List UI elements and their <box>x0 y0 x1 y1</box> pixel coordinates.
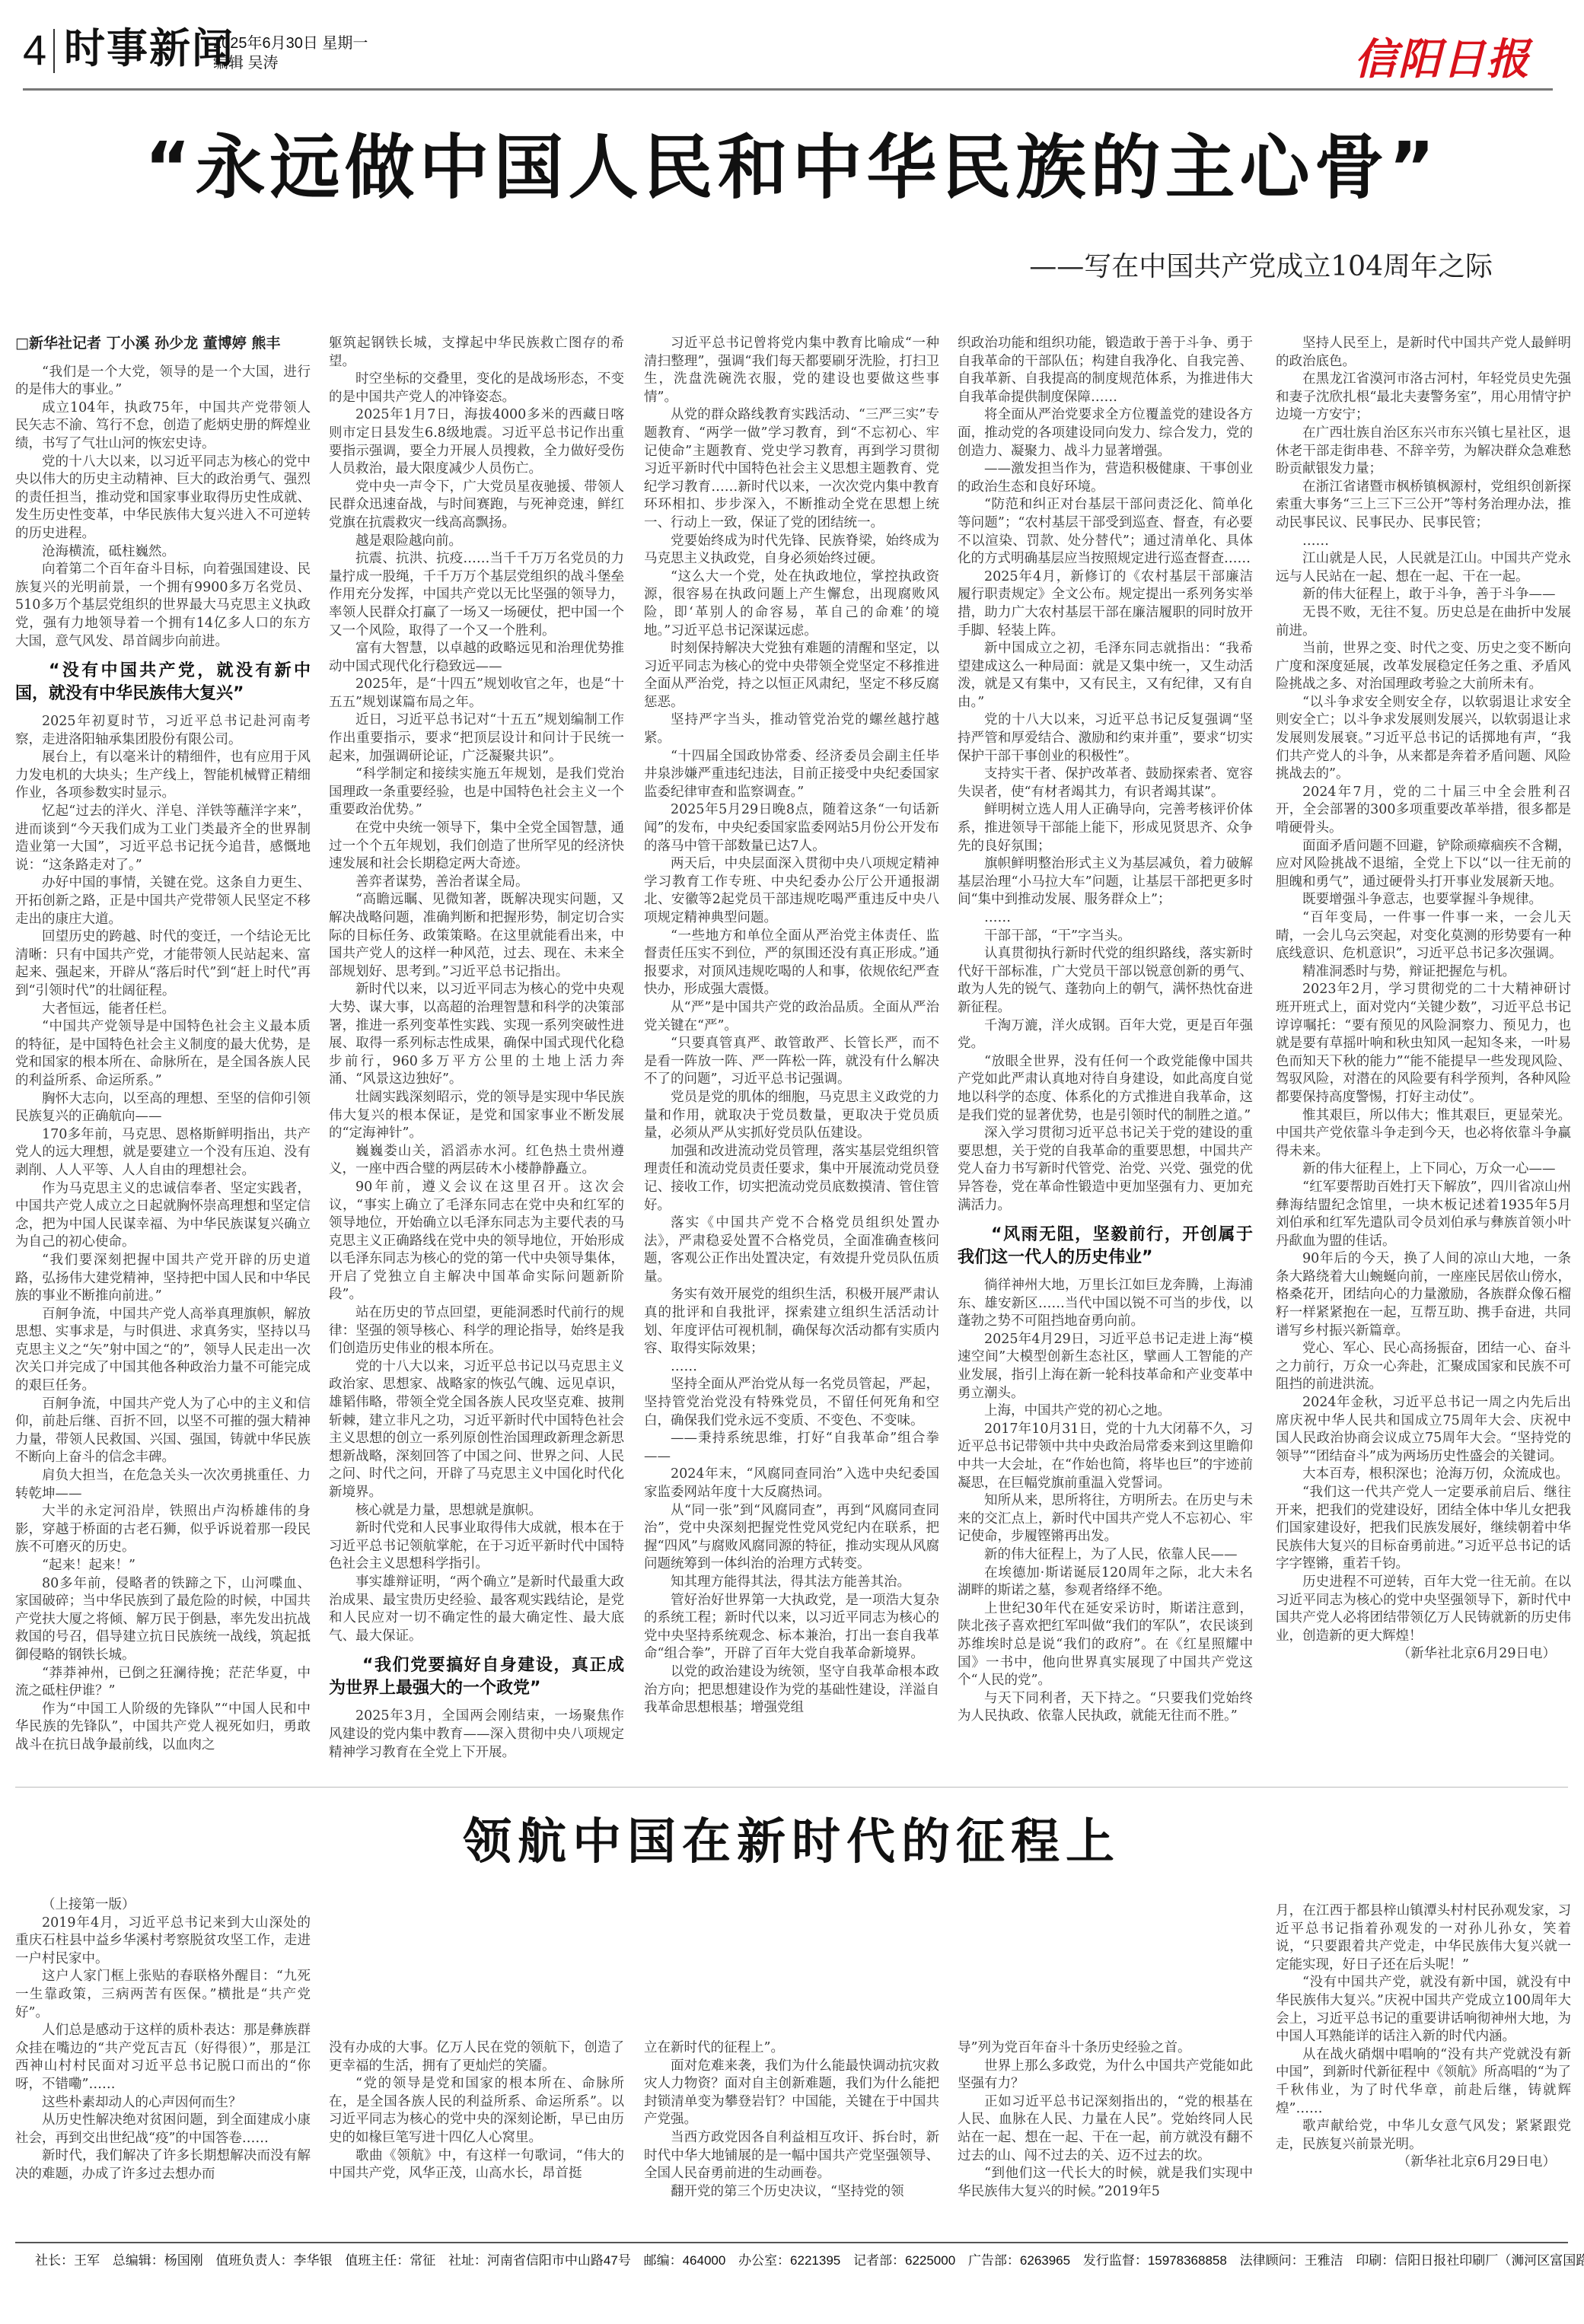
paragraph: 越是艰险越向前。 <box>329 533 624 551</box>
paragraph: 大者恒远，能者任栏。 <box>15 1001 311 1019</box>
paragraph: 坚持人民至上，是新时代中国共产党人最鲜明的政治底色。 <box>1276 335 1571 371</box>
paragraph: “放眼全世界，没有任何一个政党能像中国共产党如此严肃认真地对待自身建设，如此高度… <box>958 1053 1253 1125</box>
paragraph: 核心就是力量，思想就是旗帜。 <box>329 1502 624 1520</box>
editor-credit: 编辑 吴涛 <box>213 53 368 73</box>
paragraph: 导”列为党百年奋斗十条历史经验之首。 <box>958 2039 1253 2058</box>
paragraph: “高瞻远瞩、见微知著，既解决现实问题，又解决战略问题，准确判断和把握形势，制定切… <box>329 891 624 981</box>
paragraph: 百舸争流，中国共产党人高举真理旗帜，解放思想、实事求是，与时俱进、求真务实，坚持… <box>15 1306 311 1396</box>
paragraph: 170多年前，马克思、恩格斯鲜明指出，共产党人的远大理想，就是要建立一个没有压迫… <box>15 1126 311 1180</box>
paragraph: 认真贯彻执行新时代党的组织路线，落实新时代好干部标准，广大党员干部以锐意创新的勇… <box>958 945 1253 1017</box>
paragraph: 以党的政治建设为统领，坚守自我革命根本政治方向；把思想建设作为党的基础性建设，洋… <box>644 1663 939 1718</box>
paragraph: 百舸争流，中国共产党人为了心中的主义和信仰，前赴后继、百折不回，以坚不可摧的强大… <box>15 1396 311 1467</box>
paragraph: 月，在江西于都县梓山镇潭头村村民孙观发家，习近平总书记指着孙观发的一对孙儿孙女，… <box>1276 1902 1571 1974</box>
paragraph: …… <box>958 909 1253 928</box>
paragraph: 习近平总书记曾将党内集中教育比喻成“一种清扫整理”，强调“我们每天都要刷牙洗脸，… <box>644 335 939 406</box>
imprint-newsroom-phone: 记者部：6225000 <box>853 2253 955 2268</box>
paragraph: “红军要帮助百姓打天下解放”，四川省凉山州彝海结盟纪念馆里，一块木板记述着193… <box>1276 1179 1571 1250</box>
paragraph: 历史进程不可逆转，百年大党一往无前。在以习近平同志为核心的党中央坚强领导下，新时… <box>1276 1574 1571 1645</box>
paragraph: “以斗争求安全则安全存，以软弱退让求安全则安全亡；以斗争求发展则发展兴，以软弱退… <box>1276 694 1571 784</box>
paragraph: 旗帜鲜明整治形式主义为基层减负，着力破解基层治理“小马拉大车”问题，让基层干部把… <box>958 855 1253 909</box>
paragraph: “党的领导是党和国家的根本所在、命脉所在，是全国各族人民的利益所系、命运所系”。… <box>329 2075 624 2147</box>
paragraph: 在黑龙江省漠河市洛古河村，年轻党员史先强和妻子沈欣扎根“最北夫妻警务室”，用心用… <box>1276 371 1571 425</box>
paragraph: 从党的群众路线教育实践活动、“三严三实”专题教育、“两学一做”学习教育，到“不忘… <box>644 406 939 532</box>
paragraph: 时空坐标的交叠里，变化的是战场形态，不变的是中国共产党人的冲锋姿态。 <box>329 371 624 406</box>
paragraph: 徜徉神州大地，万里长江如巨龙奔腾，上海浦东、雄安新区……当代中国以锐不可当的步伐… <box>958 1277 1253 1331</box>
paragraph: ——激发担当作为，营造积极健康、干事创业的政治生态和良好环境。 <box>958 460 1253 496</box>
paragraph: 作为“中国工人阶级的先锋队”“中国人民和中华民族的先锋队”，中国共产党人视死如归… <box>15 1701 311 1755</box>
paragraph: 党的十八大以来，习近平总书记以马克思主义政治家、思想家、战略家的恢弘气魄、远见卓… <box>329 1358 624 1502</box>
paragraph: 站在历史的节点回望，更能洞悉时代前行的规律：坚强的领导核心、科学的理论指导，始终… <box>329 1304 624 1358</box>
paragraph: 回望历史的跨越、时代的变迁，一个结论无比清晰：只有中国共产党，才能带领人民站起来… <box>15 928 311 1000</box>
imprint-duty-director: 值班主任：常征 <box>345 2253 435 2268</box>
paragraph: “我们是一个大党，领导的是一个大国，进行的是伟大的事业。” <box>15 364 311 400</box>
dateline: （新华社北京6月29日电） <box>1276 1645 1571 1663</box>
paragraph: 2023年2月，学习贯彻党的二十大精神研讨班开班式上，面对党内“关键少数”，习近… <box>1276 981 1571 1106</box>
paragraph: 坚持全面从严治党从每一名党员管起，严起，坚持管党治党没有特殊党员，不留任何死角和… <box>644 1376 939 1430</box>
paragraph: 90年前，遵义会议在这里召开。这次会议，“事实上确立了毛泽东同志在党中央和红军的… <box>329 1179 624 1304</box>
paragraph: 在广西壮族自治区东兴市东兴镇七星社区，退休老干部走街串巷、不辞辛劳，为解决群众急… <box>1276 425 1571 479</box>
paragraph: “莽莽神州，已倒之狂澜待挽；茫茫华夏，中流之砥柱伊谁？” <box>15 1665 311 1701</box>
paragraph: 歌曲《领航》中，有这样一句歌词，“伟大的中国共产党，风华正茂，山高水长，昂首挺 <box>329 2147 624 2183</box>
article-column-5: 坚持人民至上，是新时代中国共产党人最鲜明的政治底色。 在黑龙江省漠河市洛古河村，… <box>1276 335 1571 1765</box>
imprint-office-phone: 办公室：6221395 <box>738 2253 840 2268</box>
paragraph: 新的伟大征程上，敢于斗争，善于斗争—— <box>1276 586 1571 604</box>
newspaper-logo: 信阳日报 <box>1354 26 1531 87</box>
paragraph: 躯筑起钢铁长城，支撑起中华民族救亡图存的希望。 <box>329 335 624 371</box>
paragraph: 大半的永定河沿岸，铁照出卢沟桥雄伟的身影，穿越于桥面的古老石狮，似乎诉说着那一段… <box>15 1503 311 1557</box>
paragraph: 90年后的今天，换了人间的凉山大地，一条条大路绕着大山蜿蜒向前，一座座民居依山傍… <box>1276 1250 1571 1340</box>
imprint-footer: 社长：王军 总编辑：杨国刚 值班负责人：李华银 值班主任：常征 社址：河南省信阳… <box>35 2249 1565 2268</box>
paragraph: 两天后，中央层面深入贯彻中央八项规定精神学习教育工作专班、中央纪委办公厅公开通报… <box>644 855 939 927</box>
paragraph: 加强和改进流动党员管理，落实基层党组织管理责任和流动党员责任要求，集中开展流动党… <box>644 1143 939 1215</box>
paragraph: 精准洞悉时与势，辩证把握危与机。 <box>1276 963 1571 982</box>
paragraph: 肩负大担当，在危急关头一次次勇挑重任、力转乾坤—— <box>15 1467 311 1503</box>
paragraph: 歌声献给党，中华儿女意气风发；紧紧跟党走，民族复兴前景光明。 <box>1276 2118 1571 2154</box>
paragraph: 江山就是人民，人民就是江山。中国共产党永远与人民站在一起、想在一起、干在一起。 <box>1276 550 1571 586</box>
paragraph: 2025年4月，新修订的《农村基层干部廉洁履行职责规定》全文公布。规定提出一系列… <box>958 568 1253 640</box>
paragraph: 2025年1月7日，海拔4000多米的西藏日喀则市定日县发生6.8级地震。习近平… <box>329 406 624 478</box>
paragraph: 这户人家门框上张贴的春联格外醒目：“九死一生靠政策，三病两苦有医保。”横批是“共… <box>15 1968 311 2022</box>
paragraph: “起来！起来！” <box>15 1557 311 1575</box>
paragraph: 胸怀大志向，以至高的理想、至坚的信仰引领民族复兴的正确航向—— <box>15 1090 311 1126</box>
paragraph: 向着第二个百年奋斗目标，向着强国建设、民族复兴的光明前景，一个拥有9900多万名… <box>15 561 311 651</box>
paragraph: 党要始终成为时代先锋、民族脊梁，始终成为马克思主义执政党，自身必须始终过硬。 <box>644 533 939 568</box>
paragraph: 与天下同利者，天下持之。“只要我们党始终为人民执政、依靠人民执政，就能无往而不胜… <box>958 1690 1253 1726</box>
paragraph: 无畏不败，无往不复。历史总是在曲折中发展前进。 <box>1276 604 1571 640</box>
paragraph: 面面矛盾问题不回避，铲除顽瘴痼疾不含糊，应对风险挑战不退缩，全党上下以“以一往无… <box>1276 838 1571 892</box>
paragraph: “我们要深刻把握中国共产党开辟的历史道路，弘扬伟大建党精神，坚持把中国人民和中华… <box>15 1252 311 1306</box>
paragraph: “中国共产党领导是中国特色社会主义最本质的特征，是中国特色社会主义制度的最大优势… <box>15 1018 311 1090</box>
article-column-2: 躯筑起钢铁长城，支撑起中华民族救亡图存的希望。 时空坐标的交叠里，变化的是战场形… <box>329 335 624 1765</box>
paragraph: 新时代以来，以习近平同志为核心的党中央观大势、谋大事，以高超的治理智慧和科学的决… <box>329 981 624 1089</box>
section-name: 时事新闻 <box>64 26 234 71</box>
paragraph: “没有中国共产党，就没有新中国，就没有中华民族伟大复兴。”庆祝中国共产党成立10… <box>1276 1974 1571 2045</box>
paragraph: 2025年，是“十四五”规划收官之年，也是“十五五”规划谋篇布局之年。 <box>329 676 624 712</box>
paragraph: 正如习近平总书记深刻指出的，“党的根基在人民、血脉在人民、力量在人民”。党始终同… <box>958 2093 1253 2165</box>
paragraph: 鲜明树立选人用人正确导向，完善考核评价体系，推进领导干部能上能下，形成见贤思齐、… <box>958 801 1253 855</box>
continued-note: （上接第一版） <box>15 1896 311 1915</box>
page-number: 4 <box>23 29 46 72</box>
imprint-printer: 印刷：信阳日报社印刷厂（浉河区富国路印刷物流园内） <box>1356 2253 1584 2268</box>
paragraph: ——秉持系统思维，打好“自我革命”组合拳—— <box>644 1430 939 1466</box>
paragraph: 2024年末，“风腐同查同治”入选中央纪委国家监委网站年度十大反腐热词。 <box>644 1466 939 1501</box>
paragraph: “防范和纠正对台基层干部问责泛化、简单化等问题”；“农村基层干部受到巡查、督查，… <box>958 496 1253 568</box>
paragraph: 织政治功能和组织功能，锻造敢于善于斗争、勇于自我革命的干部队伍；构建自我净化、自… <box>958 335 1253 406</box>
paragraph: 办好中国的事情，关键在党。这条自力更生、开拓创新之路，正是中国共产党带领人民坚定… <box>15 874 311 928</box>
article-column-4: 织政治功能和组织功能，锻造敢于善于斗争、勇于自我革命的干部队伍；构建自我净化、自… <box>958 335 1253 1765</box>
paragraph: 人们总是感动于这样的质朴表达：那是彝族群众挂在嘴边的“共产党瓦吉瓦（好得很）”，… <box>15 2022 311 2093</box>
paragraph: 2019年4月，习近平总书记来到大山深处的重庆石柱县中益乡华溪村考察脱贫攻坚工作… <box>15 1915 311 1969</box>
paragraph: 抗震、抗洪、抗疫……当千千万万名党员的力量拧成一股绳，千千万万个基层党组织的战斗… <box>329 550 624 640</box>
paragraph: 务实有效开展党的组织生活，积极开展严肃认真的批评和自我批评，探索建立组织生活活动… <box>644 1286 939 1358</box>
paragraph: 在浙江省诸暨市枫桥镇枫源村，党组织创新探索重大事务“三上三下三公开”等村务治理办… <box>1276 479 1571 533</box>
paragraph: 管好治好世界第一大执政党，是一项浩大复杂的系统工程；新时代以来，以习近平同志为核… <box>644 1592 939 1663</box>
masthead-rule <box>23 88 1553 91</box>
imprint-chief-editor: 总编辑：杨国刚 <box>113 2253 203 2268</box>
lower-column-2: 没有办成的大事。亿万人民在党的领航下，创造了更幸福的生活，拥有了更灿烂的笑靥。 … <box>329 2039 624 2237</box>
imprint-postcode: 邮编：464000 <box>644 2253 726 2268</box>
paragraph: 2025年5月29日晚8点，随着这条“一句话新闻”的发布，中央纪委国家监委网站5… <box>644 801 939 855</box>
paragraph: 当前，世界之变、时代之变、历史之变不断向广度和深度延展，改革发展稳定任务之重、矛… <box>1276 640 1571 694</box>
byline: □新华社记者 丁小溪 孙少龙 董博婷 熊丰 <box>15 335 311 353</box>
lower-column-3: 立在新时代的征程上”。 面对危难来袭，我们为什么能最快调动抗灾救灾人力物资？面对… <box>644 2039 939 2237</box>
section-subhead: “风雨无阻，坚毅前行，开创属于我们这一代人的历史伟业” <box>958 1224 1253 1269</box>
paragraph: 上海，中国共产党的初心之地。 <box>958 1402 1253 1421</box>
imprint-ad-phone: 广告部：6263965 <box>968 2253 1070 2268</box>
paragraph: 在埃德加·斯诺诞辰120周年之际，北大未名湖畔的斯诺之墓，参观者络绎不绝。 <box>958 1565 1253 1600</box>
paragraph: …… <box>644 1358 939 1377</box>
paragraph: 干部干部，“干”字当头。 <box>958 928 1253 946</box>
paragraph: “这么大一个党，处在执政地位，掌控执政资源，很容易在执政问题上产生懈怠，出现腐败… <box>644 568 939 640</box>
paragraph: 世界上那么多政党，为什么中国共产党能如此坚强有力？ <box>958 2058 1253 2093</box>
paragraph: “十四届全国政协常委、经济委员会副主任毕井泉涉嫌严重违纪违法，目前正接受中央纪委… <box>644 748 939 802</box>
paragraph: 新中国成立之初，毛泽东同志就指出：“我希望建成这么一种局面：就是又集中统一，又生… <box>958 640 1253 712</box>
paragraph: “只要真管真严、敢管敢严、长管长严，而不是看一阵放一阵、严一阵松一阵，就没有什么… <box>644 1035 939 1089</box>
paragraph: “我们这一代共产党人一定要承前启后、继往开来，把我们的党建设好，团结全体中华儿女… <box>1276 1484 1571 1574</box>
paragraph: 党中央一声令下，广大党员星夜驰援、带领人民群众迅速奋战，与时间赛跑，与死神竞速，… <box>329 479 624 533</box>
paragraph: 在党中央统一领导下，集中全党全国智慧，通过一个个五年规划，我们创造了世所罕见的经… <box>329 820 624 874</box>
paragraph: 深入学习贯彻习近平总书记关于党的建设的重要思想，关于党的自我革命的重要思想，中国… <box>958 1125 1253 1215</box>
article-divider <box>15 1787 1568 1788</box>
paragraph: 沧海横流，砥柱巍然。 <box>15 543 311 562</box>
paragraph: 面对危难来袭，我们为什么能最快调动抗灾救灾人力物资？面对自主创新难题，我们为什么… <box>644 2058 939 2129</box>
footer-rule <box>15 2242 1568 2243</box>
imprint-distribution-phone: 发行监督：15978368858 <box>1083 2253 1227 2268</box>
lower-column-1: （上接第一版） 2019年4月，习近平总书记来到大山深处的重庆石柱县中益乡华溪村… <box>15 1896 311 2231</box>
lower-column-4: 导”列为党百年奋斗十条历史经验之首。 世界上那么多政党，为什么中国共产党能如此坚… <box>958 2039 1253 2237</box>
paragraph: 既要增强斗争意志，也要掌握斗争规律。 <box>1276 891 1571 909</box>
paragraph: 落实《中国共产党不合格党员组织处置办法》，严肃稳妥处置不合格党员，全面准确查核问… <box>644 1215 939 1286</box>
paragraph: 壮阔实践深刻昭示，党的领导是实现中华民族伟大复兴的根本保证，是党和国家事业不断发… <box>329 1089 624 1143</box>
paragraph: 知其理方能得其法，得其法方能善其治。 <box>644 1574 939 1592</box>
paragraph: 善弈者谋势，善治者谋全局。 <box>329 874 624 892</box>
issue-date: 2025年6月30日 星期一 <box>213 33 368 53</box>
paragraph: 当西方政党因各自利益相互攻讦、拆台时，新时代中华大地铺展的是一幅中国共产党坚强领… <box>644 2129 939 2183</box>
paragraph: 80多年前，侵略者的铁蹄之下，山河喋血、家国破碎；当中华民族到了最危险的时候，中… <box>15 1575 311 1665</box>
paragraph: 2024年7月，党的二十届三中全会胜利召开，全会部署的300多项重要改革举措，很… <box>1276 784 1571 838</box>
paragraph: 展台上，有以毫米计的精细件，也有应用于风力发电机的大块头；生产线上，智能机械臂正… <box>15 749 311 803</box>
imprint-publisher: 社长：王军 <box>35 2253 100 2268</box>
imprint-legal-counsel: 法律顾问：王雅洁 <box>1240 2253 1343 2268</box>
paragraph: 新的伟大征程上，为了人民，依靠人民—— <box>958 1546 1253 1565</box>
paragraph: 党的十八大以来，习近平总书记反复强调“坚持严管和厚爱结合、激励和约束并重”，要求… <box>958 712 1253 766</box>
lower-column-5: 月，在江西于都县梓山镇潭头村村民孙观发家，习近平总书记指着孙观发的一对孙儿孙女，… <box>1276 1902 1571 2237</box>
paragraph: 从在战火硝烟中唱响的“没有共产党就没有新中国”，到新时代新征程中《领航》所高唱的… <box>1276 2046 1571 2118</box>
paragraph: 党员是党的肌体的细胞，马克思主义政党的力量和作用，就取决于党员数量，更取决于党员… <box>644 1089 939 1143</box>
paragraph: 事实雄辩证明，“两个确立”是新时代最重大政治成果、最宝贵历史经验、最客观实践结论… <box>329 1574 624 1645</box>
paragraph: 支持实干者、保护改革者、鼓励探索者、宽容失误者，使“有材者竭其力，有识者竭其谋”… <box>958 766 1253 801</box>
paragraph: 从历史性解决绝对贫困问题，到全面建成小康社会，再到交出世纪战“疫”的中国答卷…… <box>15 2112 311 2147</box>
paragraph: 巍巍娄山关，滔滔赤水河。红色热土贵州遵义，一座中西合璧的两层砖木小楼静静矗立。 <box>329 1143 624 1179</box>
paragraph: 将全面从严治党要求全方位覆盖党的建设各方面，推动党的各项建设同向发力、综合发力，… <box>958 406 1253 460</box>
paragraph: 新的伟大征程上，上下同心，万众一心—— <box>1276 1160 1571 1179</box>
paragraph: 党的十八大以来，以习近平同志为核心的党中央以伟大的历史主动精神、巨大的政治勇气、… <box>15 454 311 543</box>
paragraph: 这些朴素却动人的心声因何而生？ <box>15 2094 311 2112</box>
paragraph: 忆起“过去的洋火、洋皂、洋铁等蘸洋字来”，进而谈到“今天我们成为工业门类最齐全的… <box>15 803 311 874</box>
article-column-3: 习近平总书记曾将党内集中教育比喻成“一种清扫整理”，强调“我们每天都要刷牙洗脸，… <box>644 335 939 1765</box>
paragraph: 2025年4月29日，习近平总书记走进上海“模速空间”大模型创新生态社区，擘画人… <box>958 1331 1253 1402</box>
paragraph: 党心、军心、民心高扬振奋，团结一心、奋斗之力前行，万众一心奔赴，汇聚成国家和民族… <box>1276 1340 1571 1394</box>
paragraph: 2025年3月，全国两会刚结束，一场聚焦作风建设的党内集中教育——深入贯彻中央八… <box>329 1708 624 1762</box>
imprint-duty-head: 值班负责人：李华银 <box>215 2253 332 2268</box>
paragraph: “一些地方和单位全面从严治党主体责任、监督责任压实不到位，严的氛围还没有真正形成… <box>644 928 939 999</box>
article-title: “永远做中国人民和中华民族的主心骨” <box>0 129 1584 206</box>
section-subhead: “我们党要搞好自身建设，真正成为世界上最强大的一个政党” <box>329 1654 624 1700</box>
paragraph: 新时代党和人民事业取得伟大成就，根本在于习近平总书记领航掌舵，在于习近平新时代中… <box>329 1520 624 1574</box>
paragraph: 时刻保持解决大党独有难题的清醒和坚定，以习近平同志为核心的党中央带领全党坚定不移… <box>644 640 939 712</box>
paragraph: 大本百寿，根积深也；沧海万仞，众流成也。 <box>1276 1466 1571 1484</box>
masthead-divider <box>53 29 55 73</box>
paragraph: 知所从来，思所将往，方明所去。在历史与未来的交汇点上，新时代中国共产党人不忘初心… <box>958 1492 1253 1546</box>
paragraph: 2024年金秋，习近平总书记一周之内先后出席庆祝中华人民共和国成立75周年大会、… <box>1276 1394 1571 1466</box>
dateline: （新华社北京6月29日电） <box>1276 2154 1571 2172</box>
lower-article-title: 领航中国在新时代的征程上 <box>327 1811 1256 1874</box>
masthead: 4 时事新闻 2025年6月30日 星期一 编辑 吴涛 信阳日报 <box>23 23 1561 91</box>
paragraph: …… <box>1276 533 1571 551</box>
paragraph: 从“严”是中国共产党的政治品质。全面从严治党关键在“严”。 <box>644 999 939 1035</box>
paragraph: 作为马克思主义的忠诚信奉者、坚定实践者，中国共产党人成立之日起就胸怀崇高理想和坚… <box>15 1180 311 1252</box>
paragraph: 惟其艰巨，所以伟大；惟其艰巨，更显荣光。中国共产党依靠斗争走到今天，也必将依靠斗… <box>1276 1107 1571 1161</box>
paragraph: 成立104年，执政75年，中国共产党带领人民矢志不渝、笃行不怠，创造了彪炳史册的… <box>15 400 311 454</box>
paragraph: 新时代，我们解决了许多长期想解决而没有解决的难题，办成了许多过去想办而 <box>15 2147 311 2183</box>
masthead-meta: 2025年6月30日 星期一 编辑 吴涛 <box>213 33 368 73</box>
article-column-1: □新华社记者 丁小溪 孙少龙 董博婷 熊丰 “我们是一个大党，领导的是一个大国，… <box>15 335 311 1765</box>
paragraph: “科学制定和接续实施五年规划，是我们党治国理政一条重要经验，也是中国特色社会主义… <box>329 766 624 820</box>
section-subhead: “没有中国共产党，就没有新中国，就没有中华民族伟大复兴” <box>15 660 311 705</box>
article-subtitle: ——写在中国共产党成立104周年之际 <box>1029 245 1493 284</box>
paragraph: 富有大智慧，以卓越的政略远见和治理优势推动中国式现代化行稳致远—— <box>329 640 624 676</box>
paragraph: 立在新时代的征程上”。 <box>644 2039 939 2058</box>
paragraph: “到他们这一代长大的时候，就是我们实现中华民族伟大复兴的时候。”2019年5 <box>958 2165 1253 2201</box>
paragraph: 翻开党的第三个历史决议，“坚持党的领 <box>644 2183 939 2201</box>
paragraph: 上世纪30年代在延安采访时，斯诺注意到，陕北孩子喜欢把红军叫做“我们的军队”，农… <box>958 1600 1253 1690</box>
paragraph: 2025年初夏时节，习近平总书记赴河南考察，走进洛阳轴承集团股份有限公司。 <box>15 713 311 749</box>
paragraph: 2017年10月31日，党的十九大闭幕不久，习近平总书记带领中共中央政治局常委来… <box>958 1421 1253 1492</box>
paragraph: 从“同一张”到“风腐同查”，再到“风腐同查同治”，党中央深刻把握党性党风党纪内在… <box>644 1502 939 1574</box>
paragraph: 近日，习近平总书记对“十五五”规划编制工作作出重要指示，要求“把顶层设计和问计于… <box>329 712 624 766</box>
paragraph: 千淘万漉，洋火成钢。百年大党，更是百年强党。 <box>958 1017 1253 1053</box>
paragraph: 坚持严字当头，推动管党治党的螺丝越拧越紧。 <box>644 712 939 747</box>
imprint-address: 社址：河南省信阳市中山路47号 <box>448 2253 631 2268</box>
paragraph: 没有办成的大事。亿万人民在党的领航下，创造了更幸福的生活，拥有了更灿烂的笑靥。 <box>329 2039 624 2075</box>
paragraph: “百年变局，一件事一件事一来，一会儿天晴，一会儿乌云突起，对变化莫测的形势要有一… <box>1276 909 1571 963</box>
